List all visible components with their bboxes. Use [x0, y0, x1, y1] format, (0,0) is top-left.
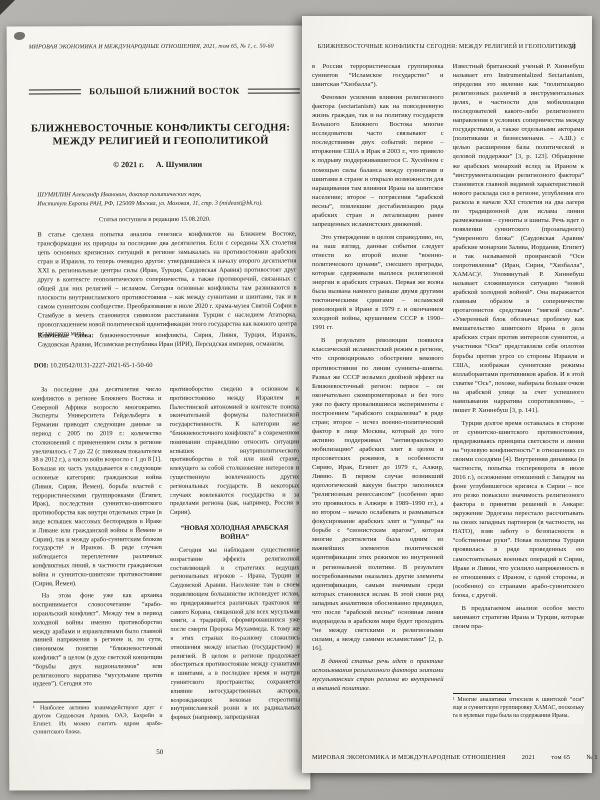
scanned-journal-spread: МИРОВАЯ ЭКОНОМИКА И МЕЖДУНАРОДНЫЕ ОТНОШЕ… [0, 0, 600, 800]
footnote-rule [453, 693, 511, 694]
abstract-text: В статье сделана попытка анализа генезис… [37, 230, 296, 339]
article-title: БЛИЖНЕВОСТОЧНЫЕ КОНФЛИКТЫ СЕГОДНЯ:МЕЖДУ … [21, 122, 300, 149]
keywords-line: Ключевые слова: ближневосточные конфликт… [38, 331, 297, 350]
section-heading: “НОВАЯ ХОЛОДНАЯ АРАБСКАЯ ВОЙНА” [170, 523, 300, 541]
paragraph: Известный британский ученый Р. Хиннебуш … [453, 62, 585, 415]
section-banner: БОЛЬШОЙ БЛИЖНИЙ ВОСТОК [29, 86, 300, 97]
paragraph: За последние два десятилетия число конфл… [32, 386, 162, 589]
received-date: Статья поступила в редакцию 15.08.2020. [7, 215, 302, 223]
paragraph: Сегодня мы наблюдаем существенное возрас… [170, 546, 300, 722]
body-column-1: За последние два десятилетия число конфл… [32, 386, 163, 740]
doi-label: DOI: [34, 362, 49, 369]
paragraph: в России террористическая группировка су… [312, 62, 444, 89]
body-column-3: в России террористическая группировка су… [312, 62, 444, 724]
author-affiliation-line2: Институт Европы РАН, РФ, 125009 Москва, … [37, 199, 298, 209]
footnote-block: ² Многие аналитики относили к шиитской “… [453, 691, 585, 724]
paragraph-italic: В данной статье речь идет о практике исп… [312, 657, 444, 693]
footnote-2: ² Многие аналитики относили к шиитской “… [453, 696, 585, 720]
paragraph: противоборство сведено в основном к прот… [169, 386, 299, 518]
journal-footer-issue: № 1 [586, 754, 598, 761]
footnote-rule [33, 701, 91, 702]
footnote-block: ¹ Наиболее активно взаимодействуют друг … [33, 699, 163, 740]
banner-rule-right [248, 88, 300, 93]
page-number-50: 50 [9, 747, 310, 756]
running-head: МИРОВАЯ ЭКОНОМИКА И МЕЖДУНАРОДНЫЕ ОТНОШЕ… [29, 44, 298, 51]
copyright-line: © 2021 г. А. Шумилин [7, 159, 308, 169]
footnote-1: ¹ Наиболее активно взаимодействуют друг … [33, 704, 163, 736]
keywords-label: Ключевые слова: [38, 332, 94, 339]
article-title-line1: БЛИЖНЕВОСТОЧНЫЕ КОНФЛИКТЫ СЕГОДНЯ: [31, 123, 290, 135]
paragraph: Это утверждение в целом справедливо, но,… [312, 233, 444, 333]
doi-value: 10.20542/0131-2227-2021-65-1-50-60 [50, 362, 152, 369]
paragraph: В предлагаемом анализе особое место зани… [453, 604, 585, 631]
body-columns: За последние два десятилетия число конфл… [32, 386, 300, 741]
paragraph: Феномен усиления влияния религиозного фа… [312, 93, 444, 229]
running-head-right-title: БЛИЖНЕВОСТОЧНЫЕ КОНФЛИКТЫ СЕГОДНЯ: МЕЖДУ… [318, 44, 576, 50]
body-column-4: Известный британский ученый Р. Хиннебуш … [453, 62, 585, 724]
paragraph: Турция долгое время оставалась в стороне… [453, 419, 585, 600]
paragraph: На этом фоне уже как архаика воспринимае… [33, 592, 163, 689]
body-column-2: противоборство сведено в основном к прот… [169, 386, 300, 740]
banner-rule-left [29, 89, 81, 94]
journal-page-50: МИРОВАЯ ЭКОНОМИКА И МЕЖДУНАРОДНЫЕ ОТНОШЕ… [7, 25, 311, 790]
doi-line: DOI: 10.20542/0131-2227-2021-65-1-50-60 [34, 362, 153, 369]
paragraph: В результате революции появился классиче… [312, 336, 444, 653]
journal-footer-title: МИРОВАЯ ЭКОНОМИКА И МЕЖДУНАРОДНЫЕ ОТНОШЕ… [312, 754, 506, 761]
body-columns-right: в России террористическая группировка су… [312, 62, 584, 724]
running-head-right: БЛИЖНЕВОСТОЧНЫЕ КОНФЛИКТЫ СЕГОДНЯ: МЕЖДУ… [314, 44, 580, 50]
journal-page-51: БЛИЖНЕВОСТОЧНЫЕ КОНФЛИКТЫ СЕГОДНЯ: МЕЖДУ… [302, 16, 592, 773]
journal-footer: МИРОВАЯ ЭКОНОМИКА И МЕЖДУНАРОДНЫЕ ОТНОШЕ… [312, 754, 600, 761]
scan-corner-artifact [0, 0, 15, 15]
section-banner-title: БОЛЬШОЙ БЛИЖНИЙ ВОСТОК [81, 86, 248, 97]
journal-footer-year: 2021 [522, 754, 536, 761]
page-number-51: 51 [569, 44, 576, 51]
author-name: А. Шумилин [156, 160, 202, 169]
copyright-year: © 2021 г. [113, 160, 144, 169]
journal-footer-volume: том 65 [551, 754, 570, 761]
article-title-line2: МЕЖДУ РЕЛИГИЕЙ И ГЕОПОЛИТИКОЙ [53, 136, 269, 148]
author-affiliation: ШУМИЛИН Александр Иванович, доктор полит… [37, 191, 298, 209]
